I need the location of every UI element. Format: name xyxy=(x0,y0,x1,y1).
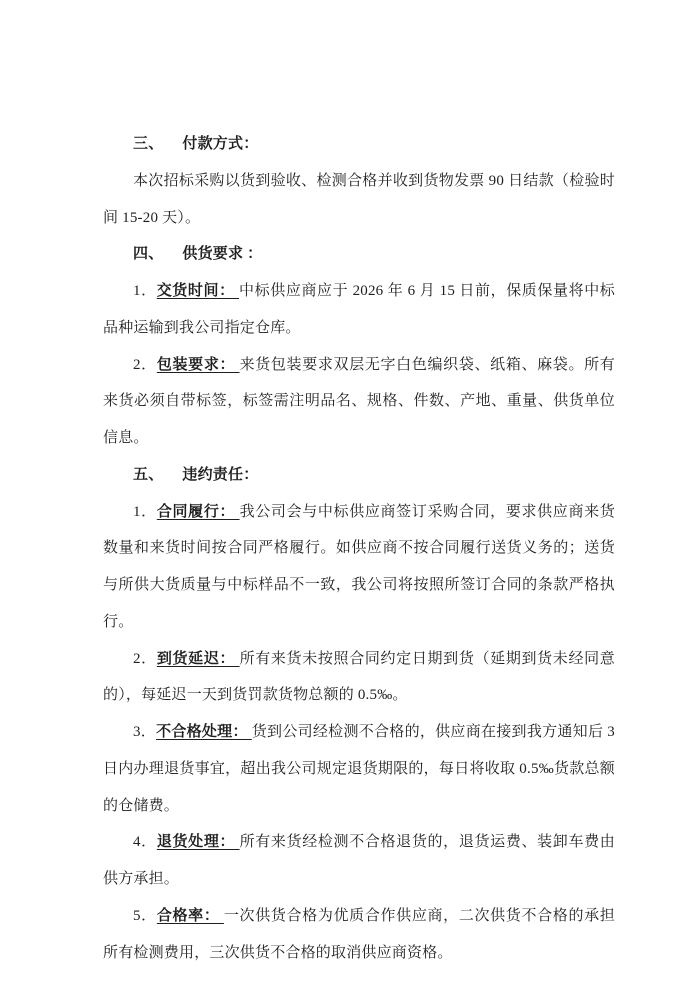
section-heading: 三、付款方式： xyxy=(103,126,615,163)
item-label: 合格率： xyxy=(157,908,224,924)
paragraph: 2．包装要求： 来货包装要求双层无字白色编织袋、纸箱、麻袋。所有来货必须自带标签… xyxy=(103,347,615,457)
item-label: 包装要求： xyxy=(157,357,240,373)
section-title: 供货要求 ： xyxy=(182,246,262,262)
paragraph: 4．退货处理： 所有来货经检测不合格退货的，退货运费、装卸车费由供方承担。 xyxy=(103,824,615,898)
item-label: 不合格处理： xyxy=(156,724,252,740)
item-label: 交货时间： xyxy=(157,283,239,299)
paragraph: 2．到货延迟： 所有来货未按照合同约定日期到货（延期到货未经同意的），每延迟一天… xyxy=(103,641,615,715)
paragraph: 1．合同履行： 我公司会与中标供应商签订采购合同，要求供应商来货数量和来货时间按… xyxy=(103,494,615,641)
section-heading: 四、供货要求 ： xyxy=(103,236,615,273)
section-number: 三、 xyxy=(133,136,163,152)
item-label: 到货延迟： xyxy=(157,651,240,667)
section-title: 付款方式： xyxy=(182,136,258,152)
document-page: 三、付款方式：本次招标采购以货到验收、检测合格并收到货物发票 90 日结款（检验… xyxy=(0,0,700,989)
paragraph: 1．交货时间： 中标供应商应于 2026 年 6 月 15 日前，保质保量将中标… xyxy=(103,273,615,347)
item-number: 2． xyxy=(133,651,157,667)
section-title: 违约责任： xyxy=(182,467,258,483)
item-number: 1． xyxy=(133,504,157,520)
item-label: 合同履行： xyxy=(157,504,240,520)
section-heading: 五、违约责任： xyxy=(103,457,615,494)
item-label: 退货处理： xyxy=(157,834,240,850)
item-number: 3． xyxy=(133,724,156,740)
text-run: 我公司会与中标供应商签订采购合同，要求供应商来货数量和来货时间按合同严格履行。如… xyxy=(103,504,615,630)
text-run: 本次招标采购以货到验收、检测合格并收到货物发票 90 日结款（检验时间 15-2… xyxy=(103,173,615,226)
section-number: 四、 xyxy=(133,246,163,262)
document-body: 三、付款方式：本次招标采购以货到验收、检测合格并收到货物发票 90 日结款（检验… xyxy=(103,126,615,971)
item-number: 1． xyxy=(133,283,157,299)
section-number: 五、 xyxy=(133,467,163,483)
paragraph: 3．不合格处理： 货到公司经检测不合格的，供应商在接到我方通知后 3 日内办理退… xyxy=(103,714,615,824)
paragraph: 本次招标采购以货到验收、检测合格并收到货物发票 90 日结款（检验时间 15-2… xyxy=(103,163,615,237)
item-number: 2． xyxy=(133,357,157,373)
item-number: 4． xyxy=(133,834,157,850)
paragraph: 5．合格率： 一次供货合格为优质合作供应商，二次供货不合格的承担所有检测费用，三… xyxy=(103,898,615,972)
item-number: 5． xyxy=(133,908,157,924)
